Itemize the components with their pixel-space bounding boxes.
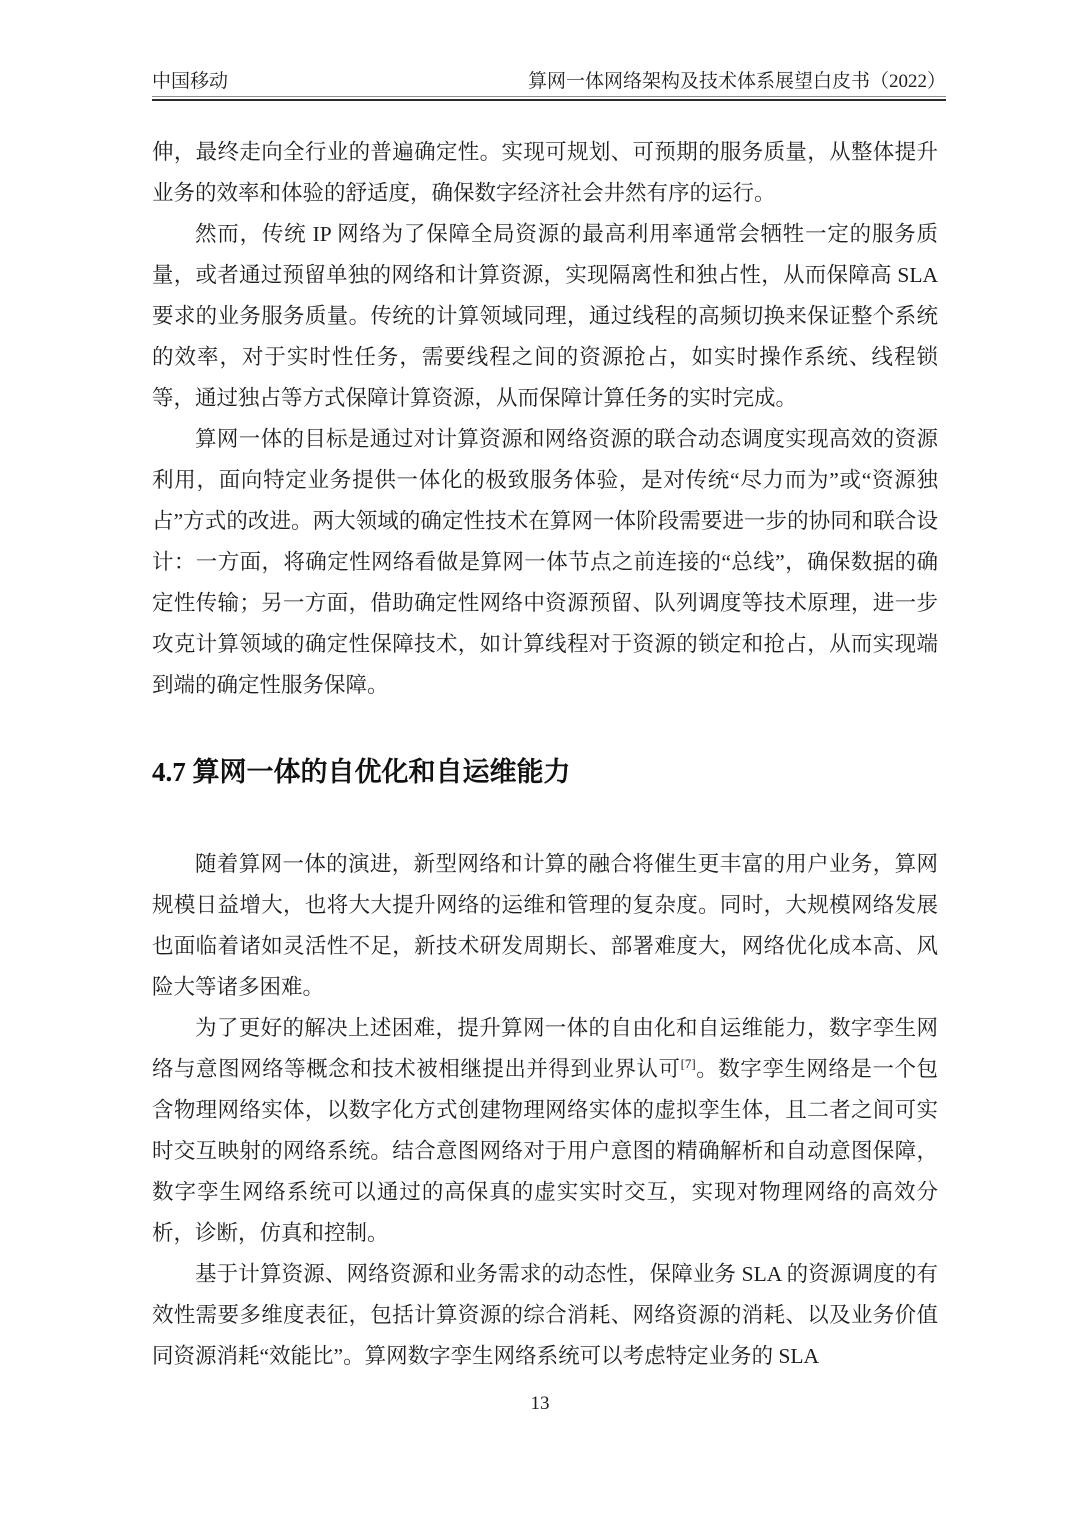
document-page: 中国移动 算网一体网络架构及技术体系展望白皮书（2022） 伸，最终走向全行业的… bbox=[0, 0, 1080, 1526]
page-body: 伸，最终走向全行业的普遍确定性。实现可规划、可预期的服务质量，从整体提升业务的效… bbox=[152, 132, 938, 1377]
body-paragraph-3: 算网一体的目标是通过对计算资源和网络资源的联合动态调度实现高效的资源利用，面向特… bbox=[152, 419, 938, 706]
header-left-brand: 中国移动 bbox=[152, 70, 228, 94]
section-heading-4-7: 4.7 算网一体的自优化和自运维能力 bbox=[152, 752, 938, 792]
body-paragraph-2: 然而，传统 IP 网络为了保障全局资源的最高利用率通常会牺牲一定的服务质量，或者… bbox=[152, 214, 938, 419]
body-paragraph-1: 伸，最终走向全行业的普遍确定性。实现可规划、可预期的服务质量，从整体提升业务的效… bbox=[152, 132, 938, 214]
paragraph-5-text-after-ref: 。数字孪生网络是一个包含物理网络实体，以数字化方式创建物理网络实体的虚拟孪生体，… bbox=[152, 1057, 938, 1245]
body-paragraph-6: 基于计算资源、网络资源和业务需求的动态性，保障业务 SLA 的资源调度的有效性需… bbox=[152, 1254, 938, 1377]
page-header: 中国移动 算网一体网络架构及技术体系展望白皮书（2022） bbox=[152, 70, 946, 94]
body-paragraph-4: 随着算网一体的演进，新型网络和计算的融合将催生更丰富的用户业务，算网规模日益增大… bbox=[152, 844, 938, 1008]
header-right-title: 算网一体网络架构及技术体系展望白皮书（2022） bbox=[528, 70, 946, 94]
body-paragraph-5: 为了更好的解决上述困难，提升算网一体的自由化和自运维能力，数字孪生网络与意图网络… bbox=[152, 1008, 938, 1254]
citation-ref-7: [7] bbox=[681, 1056, 696, 1071]
page-number: 13 bbox=[0, 1393, 1080, 1415]
header-divider-rule bbox=[152, 96, 946, 101]
